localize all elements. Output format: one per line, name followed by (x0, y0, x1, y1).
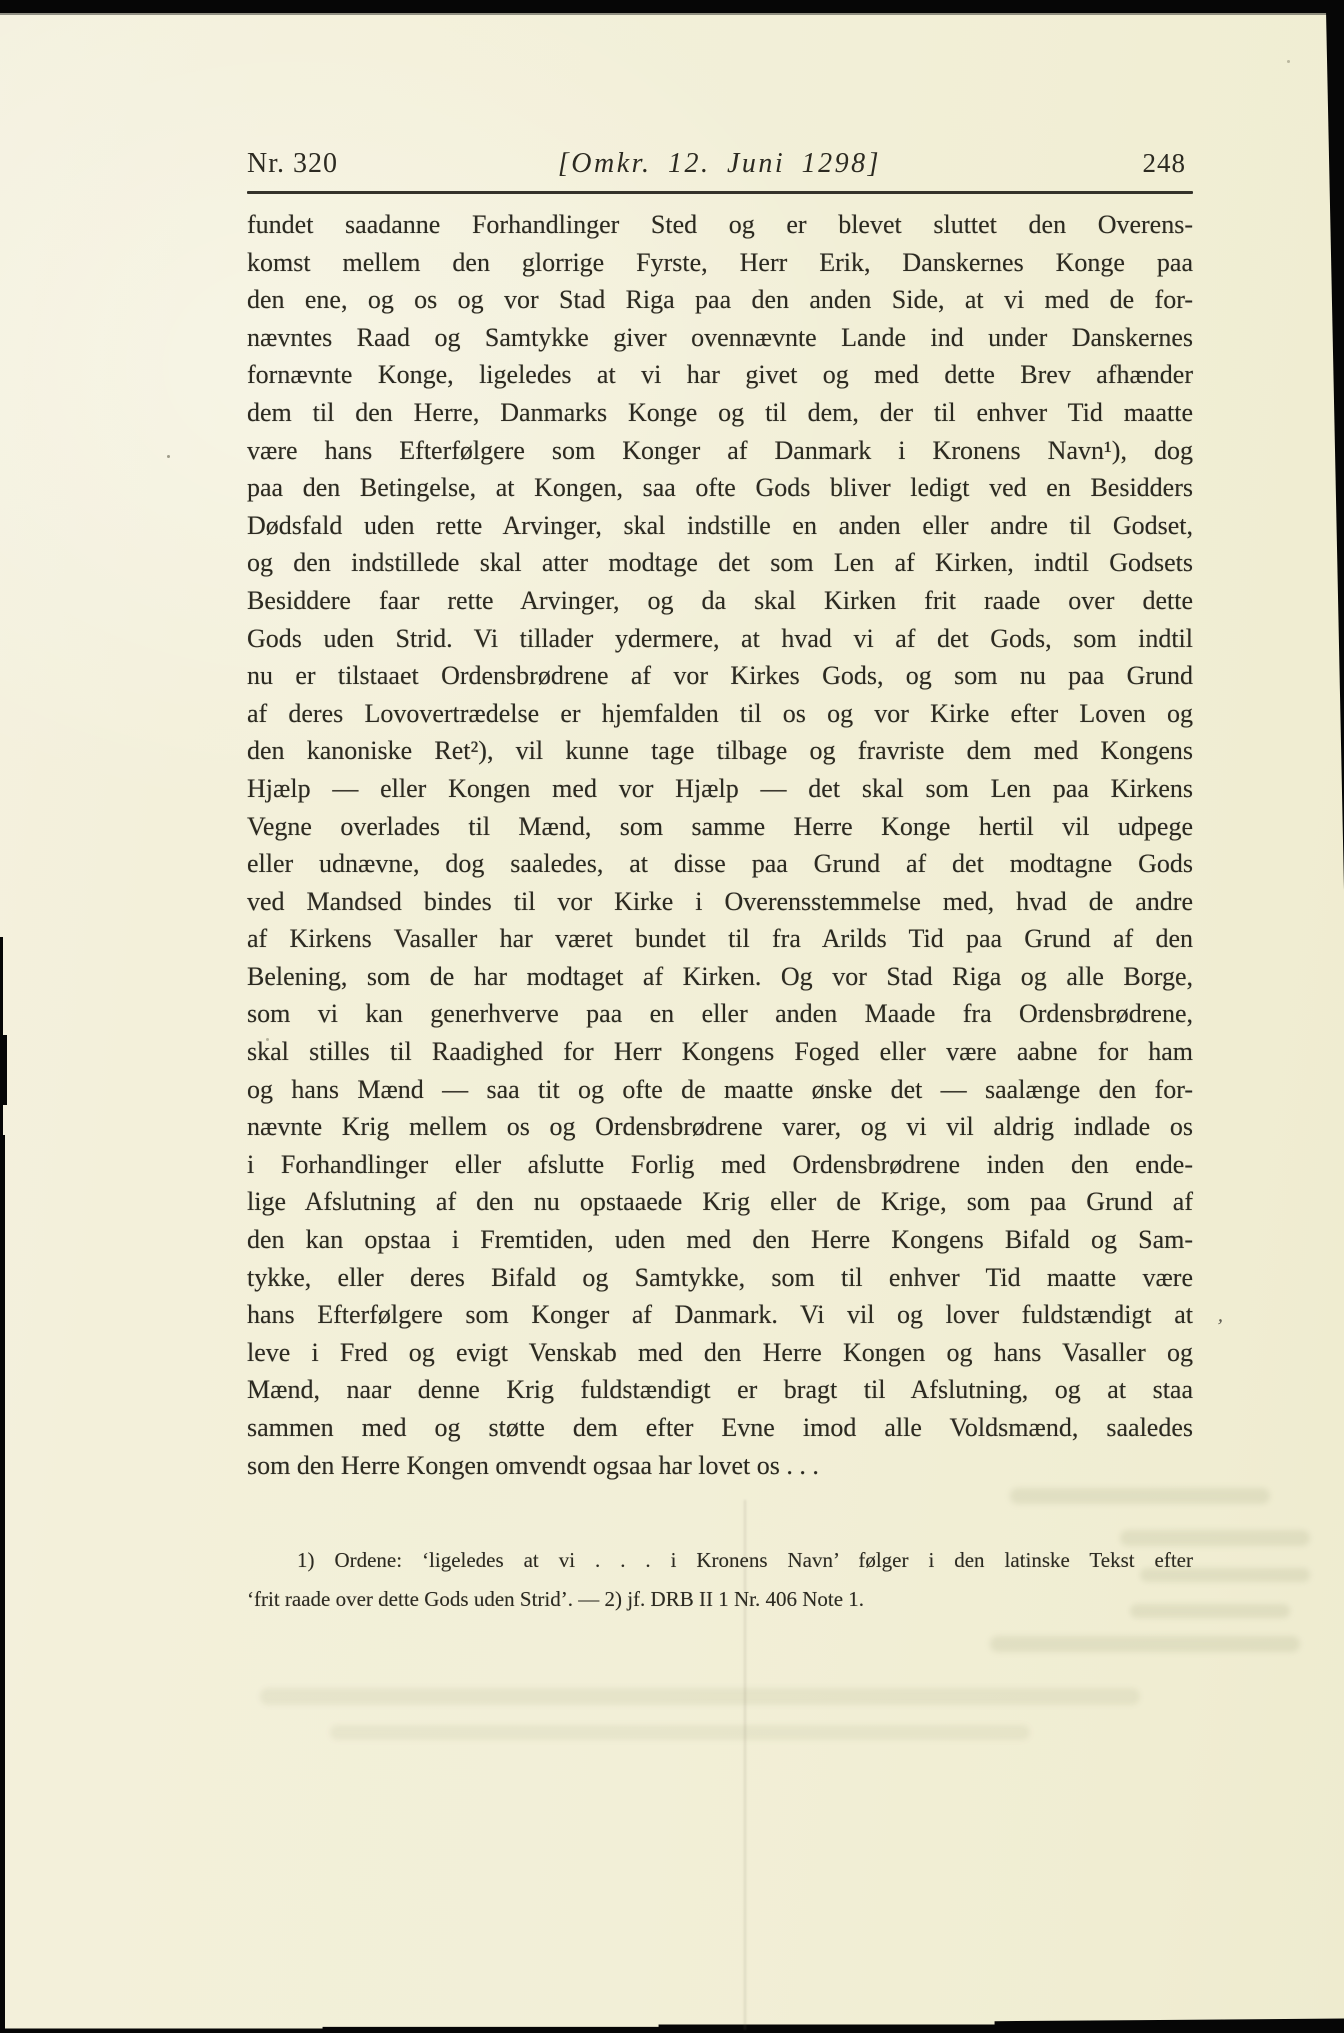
stray-ink-mark: ’ (1214, 1314, 1224, 1340)
footnote-line: ‘frit raade over dette Gods uden Strid’.… (247, 1580, 1193, 1619)
body-line: Besiddere faar rette Arvinger, og da ska… (247, 582, 1193, 620)
body-line: af Kirkens Vasaller har været bundet til… (247, 920, 1193, 958)
scan-border-left-bump (0, 1035, 7, 1105)
paper-speck (1287, 60, 1290, 63)
bleed-through-smudge (330, 1725, 1030, 1740)
body-line: som den Herre Kongen omvendt ogsaa har l… (247, 1447, 1193, 1485)
body-line: Mænd, naar denne Krig fuldstændigt er br… (247, 1371, 1193, 1409)
bleed-through-smudge (990, 1636, 1300, 1652)
scan-border-right (1318, 13, 1344, 890)
body-line: nu er tilstaaet Ordensbrødrene af vor Ki… (247, 657, 1193, 695)
scanned-book-page: Nr. 320 [Omkr. 12. Juni 1298] 248 fundet… (0, 0, 1344, 2033)
body-line: eller udnævne, dog saaledes, at disse pa… (247, 845, 1193, 883)
body-line: dem til den Herre, Danmarks Konge og til… (247, 394, 1193, 432)
body-line: nævnte Krig mellem os og Ordensbrødrene … (247, 1108, 1193, 1146)
date-heading: [Omkr. 12. Juni 1298] (247, 148, 1192, 180)
body-line: i Forhandlinger eller afslutte Forlig me… (247, 1146, 1193, 1184)
body-line: Belening, som de har modtaget af Kirken.… (247, 958, 1193, 996)
body-text: fundet saadanne Forhandlinger Sted og er… (247, 206, 1193, 1484)
running-head: Nr. 320 [Omkr. 12. Juni 1298] 248 (247, 148, 1192, 188)
bleed-through-smudge (1140, 1568, 1310, 1582)
body-line: fundet saadanne Forhandlinger Sted og er… (247, 206, 1193, 244)
paper-speck (167, 455, 170, 458)
body-line: leve i Fred og evigt Venskab med den Her… (247, 1334, 1193, 1372)
paper-speck (266, 1038, 269, 1041)
body-line: Vegne overlades til Mænd, som samme Herr… (247, 808, 1193, 846)
body-line: Gods uden Strid. Vi tillader ydermere, a… (247, 620, 1193, 658)
body-line: Dødsfald uden rette Arvinger, skal indst… (247, 507, 1193, 545)
scan-border-bottom (0, 2014, 1344, 2033)
body-line: tykke, eller deres Bifald og Samtykke, s… (247, 1259, 1193, 1297)
bleed-through-smudge (1010, 1488, 1270, 1504)
header-rule (247, 191, 1193, 194)
bleed-through-smudge (1120, 1530, 1310, 1546)
footnote-line: 1) Ordene: ‘ligeledes at vi . . . i Kron… (247, 1541, 1193, 1580)
body-line: af deres Lovovertrædelse er hjemfalden t… (247, 695, 1193, 733)
body-line: hans Efterfølgere som Konger af Danmark.… (247, 1296, 1193, 1334)
bleed-through-smudge (260, 1688, 1140, 1705)
body-line: være hans Efterfølgere som Konger af Dan… (247, 432, 1193, 470)
footnotes: 1) Ordene: ‘ligeledes at vi . . . i Kron… (247, 1541, 1193, 1619)
body-line: ved Mandsed bindes til vor Kirke i Overe… (247, 883, 1193, 921)
scan-border-left-lower (0, 1135, 5, 2033)
body-line: sammen med og støtte dem efter Evne imod… (247, 1409, 1193, 1447)
body-line: fornævnte Konge, ligeledes at vi har giv… (247, 356, 1193, 394)
body-line: lige Afslutning af den nu opstaaede Krig… (247, 1183, 1193, 1221)
body-line: komst mellem den glorrige Fyrste, Herr E… (247, 244, 1193, 282)
body-line: nævntes Raad og Samtykke giver ovennævnt… (247, 319, 1193, 357)
body-line: den kan opstaa i Fremtiden, uden med den… (247, 1221, 1193, 1259)
body-line: paa den Betingelse, at Kongen, saa ofte … (247, 469, 1193, 507)
scan-border-top (0, 0, 1344, 13)
body-line: og den indstillede skal atter modtage de… (247, 544, 1193, 582)
body-line: og hans Mænd — saa tit og ofte de maatte… (247, 1071, 1193, 1109)
body-line: den ene, og os og vor Stad Riga paa den … (247, 281, 1193, 319)
paper-fold-line (744, 1500, 746, 2030)
body-line: Hjælp — eller Kongen med vor Hjælp — det… (247, 770, 1193, 808)
body-line: som vi kan generhverve paa en eller ande… (247, 995, 1193, 1033)
bleed-through-smudge (1130, 1604, 1290, 1618)
body-line: skal stilles til Raadighed for Herr Kong… (247, 1033, 1193, 1071)
body-line: den kanoniske Ret²), vil kunne tage tilb… (247, 732, 1193, 770)
